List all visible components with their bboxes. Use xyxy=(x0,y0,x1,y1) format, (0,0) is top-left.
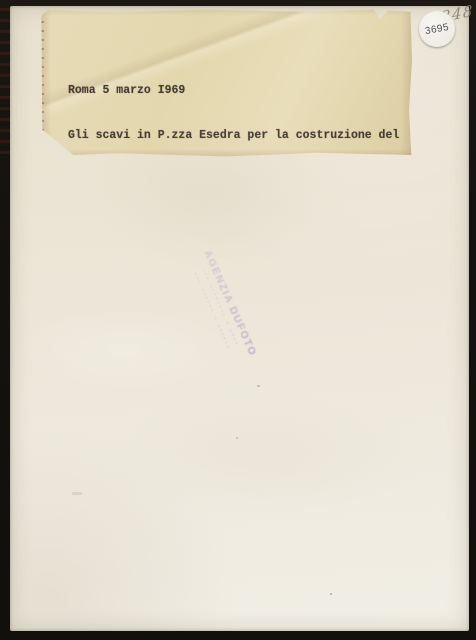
label-torn-edge xyxy=(40,12,44,142)
caption-label: Roma 5 marzo I969 Gli scavi in P.zza Ese… xyxy=(40,8,412,158)
paper-smudge xyxy=(72,492,82,495)
caption-line: un arresto per importanti ritrovamenti a… xyxy=(68,266,413,281)
archive-number-sticker: 3695 xyxy=(419,11,455,47)
photo-frame: Roma 5 marzo I969 Gli scavi in P.zza Ese… xyxy=(0,0,476,640)
dust-speck xyxy=(257,385,260,387)
agency-ink-stamp: AGENZIA DUFOTO ··· ········ · ···· ··· ·… xyxy=(182,242,262,373)
archive-number: 3695 xyxy=(424,21,450,36)
caption-line: Roma 5 marzo I969 xyxy=(68,83,413,98)
caption-line: Gli scavi in P.zza Esedra per la costruz… xyxy=(68,128,413,143)
dust-speck xyxy=(236,437,238,439)
photo-verso: Roma 5 marzo I969 Gli scavi in P.zza Ese… xyxy=(10,6,469,631)
dust-speck xyxy=(330,593,332,595)
caption-line: Stazione Termini con la periferia di Rom… xyxy=(68,220,413,235)
stamp-address-line: ··· ········ · ···· xyxy=(190,246,251,368)
caption-line: tratto della Metropolitana che dovrà uni… xyxy=(68,174,413,189)
